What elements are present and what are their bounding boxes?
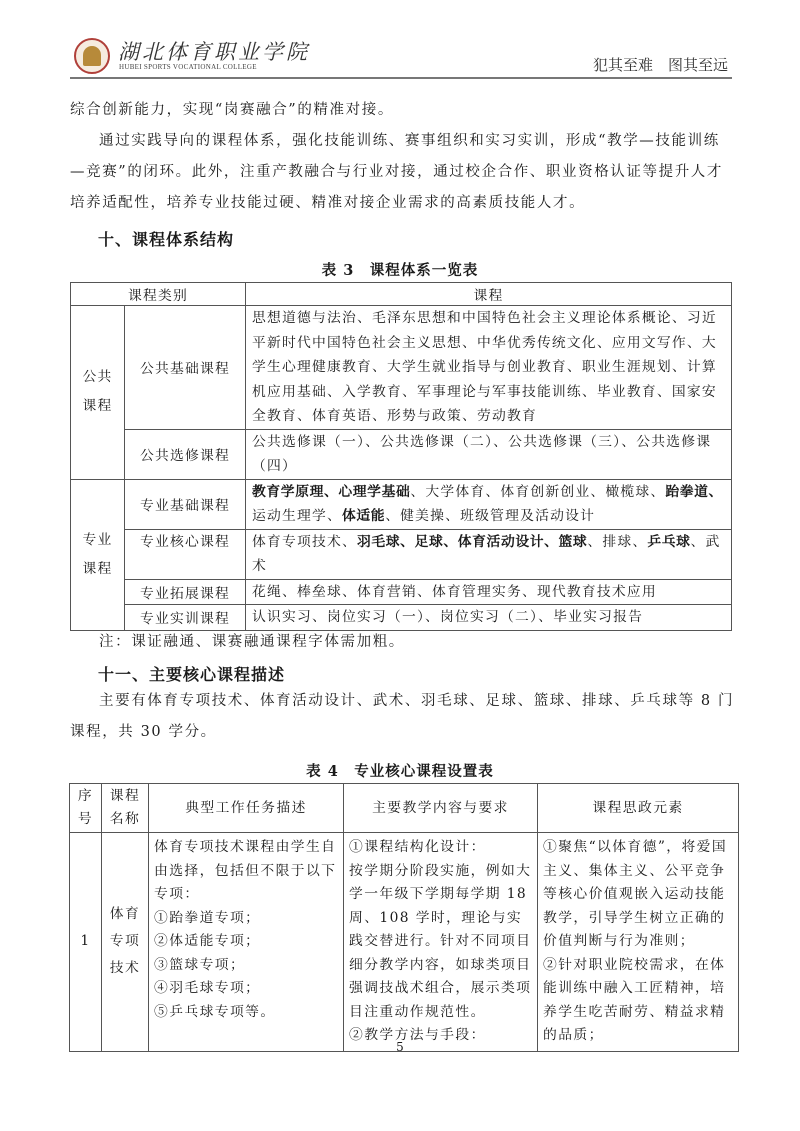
table-row: 专业拓展课程 花绳、棒垒球、体育营销、体育管理实务、现代教育技术应用 (71, 579, 732, 605)
paragraph-2: 通过实践导向的课程体系，强化技能训练、赛事组织和实习实训，形成“教学—技能训练—… (70, 126, 735, 219)
course-system-table: 课程类别 课程 公共课程 公共基础课程 思想道德与法治、毛泽东思想和中国特色社会… (70, 282, 732, 631)
table-header-category: 课程类别 (71, 283, 246, 306)
header-divider (70, 77, 732, 79)
table-row: 公共课程 公共基础课程 思想道德与法治、毛泽东思想和中国特色社会主义理论体系概论… (71, 306, 732, 430)
teaching-content: ①课程结构化设计：按学期分阶段实施，例如大学一年级下学期每学期 18 周、108… (344, 833, 538, 1052)
college-emblem-icon (74, 38, 110, 74)
course-type: 公共基础课程 (125, 306, 246, 430)
course-list: 体育专项技术、羽毛球、足球、体育活动设计、篮球、排球、乒乓球、武术 (246, 529, 732, 579)
table-header-ideology: 课程思政元素 (538, 784, 739, 833)
course-type: 公共选修课程 (125, 429, 246, 479)
table-header-name: 课程名称 (102, 784, 149, 833)
table-header-courses: 课程 (246, 283, 732, 306)
row-number: 1 (70, 833, 102, 1052)
task-description: 体育专项技术课程由学生自由选择，包括但不限于以下专项：①跆拳道专项；②体适能专项… (149, 833, 344, 1052)
category-major: 专业课程 (71, 479, 125, 630)
section-11-heading: 十一、主要核心课程描述 (98, 662, 285, 685)
table-3-note: 注：课证融通、课赛融通课程字体需加粗。 (70, 627, 735, 658)
course-type: 专业核心课程 (125, 529, 246, 579)
ideology-elements: ①聚焦“以体育德”，将爱国主义、集体主义、公平竞争等核心价值观嵌入运动技能教学，… (538, 833, 739, 1052)
page-number: 5 (0, 1040, 800, 1054)
table-header-no: 序号 (70, 784, 102, 833)
table-row: 专业核心课程 体育专项技术、羽毛球、足球、体育活动设计、篮球、排球、乒乓球、武术 (71, 529, 732, 579)
table-header-tasks: 典型工作任务描述 (149, 784, 344, 833)
table-row: 专业课程 专业基础课程 教育学原理、心理学基础、大学体育、体育创新创业、橄榄球、… (71, 479, 732, 529)
table-3-caption: 表 3 课程体系一览表 (0, 259, 800, 280)
college-motto: 犯其至难 图其至远 (593, 54, 728, 75)
core-course-table: 序号 课程名称 典型工作任务描述 主要教学内容与要求 课程思政元素 1 体育专项… (69, 783, 739, 1052)
table-row: 1 体育专项技术 体育专项技术课程由学生自由选择，包括但不限于以下专项：①跆拳道… (70, 833, 739, 1052)
course-type: 专业基础课程 (125, 479, 246, 529)
table-row: 公共选修课程 公共选修课（一）、公共选修课（二）、公共选修课（三）、公共选修课（… (71, 429, 732, 479)
course-list: 思想道德与法治、毛泽东思想和中国特色社会主义理论体系概论、习近平新时代中国特色社… (246, 306, 732, 430)
paragraph-1: 综合创新能力，实现“岗赛融合”的精准对接。 (70, 95, 735, 126)
course-name: 体育专项技术 (102, 833, 149, 1052)
paragraph-3: 主要有体育专项技术、体育活动设计、武术、羽毛球、足球、篮球、排球、乒乓球等 8 … (70, 686, 735, 748)
college-name-en: HUBEI SPORTS VOCATIONAL COLLEGE (119, 63, 257, 71)
course-list: 公共选修课（一）、公共选修课（二）、公共选修课（三）、公共选修课（四） (246, 429, 732, 479)
course-list: 教育学原理、心理学基础、大学体育、体育创新创业、橄榄球、跆拳道、运动生理学、体适… (246, 479, 732, 529)
course-list: 花绳、棒垒球、体育营销、体育管理实务、现代教育技术应用 (246, 579, 732, 605)
section-10-heading: 十、课程体系结构 (98, 227, 234, 250)
category-public: 公共课程 (71, 306, 125, 480)
table-header-content: 主要教学内容与要求 (344, 784, 538, 833)
course-type: 专业拓展课程 (125, 579, 246, 605)
college-name-cn: 湖北体育职业学院 (118, 36, 310, 66)
table-4-caption: 表 4 专业核心课程设置表 (0, 760, 800, 781)
